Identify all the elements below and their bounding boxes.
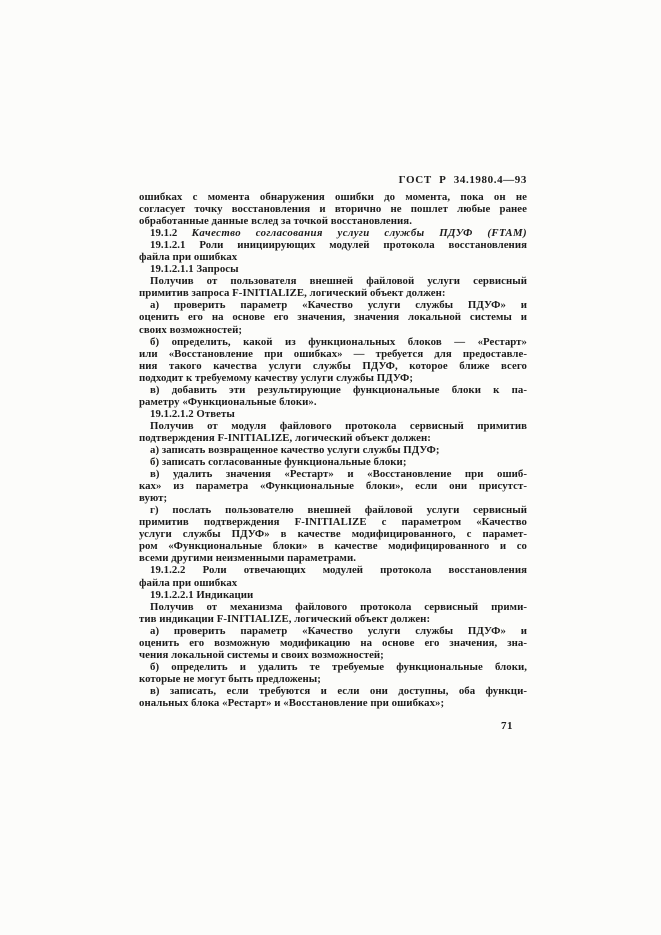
- heading-19-1-2-2: 19.1.2.2 Роли отвечающих модулей протоко…: [139, 564, 527, 588]
- text-line: примитив запроса F-INITIALIZE, логически…: [139, 287, 527, 299]
- text-line: своих возможностей;: [139, 324, 527, 336]
- text-line: которые не могут быть предложены;: [139, 673, 527, 685]
- text-line: всеми другими неизменными параметрами.: [139, 552, 527, 564]
- text-line: а) записать возвращенное качество услуги…: [139, 444, 527, 456]
- text-line: оценить его на основе его значения, знач…: [139, 311, 527, 323]
- text-line: б) определить и удалить те требуемые фун…: [139, 661, 527, 673]
- text-line: Получив от механизма файлового протокола…: [139, 601, 527, 613]
- para-request-item-b: б) определить, какой из функциональных б…: [139, 336, 527, 384]
- text-line: файла при ошибках: [139, 251, 527, 263]
- text-line: подходит к требуемому качеству услуги сл…: [139, 372, 527, 384]
- text-line: оценить его возможную модификацию на осн…: [139, 637, 527, 649]
- heading-19-1-2-2-1: 19.1.2.2.1 Индикации: [139, 589, 527, 601]
- text-line: Получив от модуля файлового протокола се…: [139, 420, 527, 432]
- para-indication-intro: Получив от механизма файлового протокола…: [139, 601, 527, 625]
- text-line: файла при ошибках: [139, 577, 527, 589]
- text-line: или «Восстановление при ошибках» — требу…: [139, 348, 527, 360]
- page-number: 71: [501, 720, 513, 732]
- text-line: обработанные данные вслед за точкой восс…: [139, 215, 527, 227]
- text-line: ках» из параметра «Функциональные блоки»…: [139, 480, 527, 492]
- text-line: согласует точку восстановления и вторичн…: [139, 203, 527, 215]
- text-line: Получив от пользователя внешней файловой…: [139, 275, 527, 287]
- text-line: в) записать, если требуются и если они д…: [139, 685, 527, 697]
- section-title-italic: Качество согласования услуги службы ПДУФ…: [192, 227, 527, 239]
- text-line: 19.1.2.1 Роли инициирующих модулей прото…: [139, 239, 527, 251]
- text-line: г) послать пользователю внешней файловой…: [139, 504, 527, 516]
- running-header-standard-designation: ГОСТ Р 34.1980.4—93: [399, 174, 527, 186]
- para-response-item-b: б) записать согласованные функциональные…: [139, 456, 527, 468]
- para-response-item-a: а) записать возвращенное качество услуги…: [139, 444, 527, 456]
- text-line: ональных блока «Рестарт» и «Восстановлен…: [139, 697, 527, 709]
- text-line: чения локальной системы и своих возможно…: [139, 649, 527, 661]
- para-continuation: ошибках с момента обнаружения ошибки до …: [139, 191, 527, 227]
- text-line: вуют;: [139, 492, 527, 504]
- para-response-item-v: в) удалить значения «Рестарт» и «Восстан…: [139, 468, 527, 504]
- section-number: 19.1.2: [150, 227, 177, 239]
- text-line: ром «Функциональные блоки» в качестве мо…: [139, 540, 527, 552]
- para-response-intro: Получив от модуля файлового протокола се…: [139, 420, 527, 444]
- text-line: 19.1.2.2.1 Индикации: [139, 589, 527, 601]
- para-response-item-g: г) послать пользователю внешней файловой…: [139, 504, 527, 564]
- text-line: 19.1.2.1.2 Ответы: [139, 408, 527, 420]
- para-request-intro: Получив от пользователя внешней файловой…: [139, 275, 527, 299]
- text-line: ошибках с момента обнаружения ошибки до …: [139, 191, 527, 203]
- heading-19-1-2-1-2: 19.1.2.1.2 Ответы: [139, 408, 527, 420]
- para-request-item-a: а) проверить параметр «Качество услуги с…: [139, 299, 527, 335]
- text-line: 19.1.2.2 Роли отвечающих модулей протоко…: [139, 564, 527, 576]
- para-request-item-v: в) добавить эти результирующие функциона…: [139, 384, 527, 408]
- text-line: в) удалить значения «Рестарт» и «Восстан…: [139, 468, 527, 480]
- para-indication-item-b: б) определить и удалить те требуемые фун…: [139, 661, 527, 685]
- text-line: подтверждения F-INITIALIZE, логический о…: [139, 432, 527, 444]
- text-line: б) записать согласованные функциональные…: [139, 456, 527, 468]
- scanned-document-page: ГОСТ Р 34.1980.4—93 ошибках с момента об…: [0, 0, 661, 935]
- para-indication-item-v: в) записать, если требуются и если они д…: [139, 685, 527, 709]
- body-text: ошибках с момента обнаружения ошибки до …: [139, 191, 527, 709]
- text-line: ния такого качества услуги службы ПДУФ, …: [139, 360, 527, 372]
- text-line: 19.1.2.1.1 Запросы: [139, 263, 527, 275]
- text-line: в) добавить эти результирующие функциона…: [139, 384, 527, 396]
- text-line: б) определить, какой из функциональных б…: [139, 336, 527, 348]
- section-heading-line: 19.1.2 Качество согласования услуги служ…: [139, 227, 527, 239]
- heading-19-1-2-1: 19.1.2.1 Роли инициирующих модулей прото…: [139, 239, 527, 263]
- text-line: тив индикации F-INITIALIZE, логический о…: [139, 613, 527, 625]
- text-line: примитив подтверждения F-INITIALIZE с па…: [139, 516, 527, 528]
- heading-19-1-2-1-1: 19.1.2.1.1 Запросы: [139, 263, 527, 275]
- heading-19-1-2: 19.1.2 Качество согласования услуги служ…: [139, 227, 527, 239]
- para-indication-item-a: а) проверить параметр «Качество услуги с…: [139, 625, 527, 661]
- text-line: а) проверить параметр «Качество услуги с…: [139, 299, 527, 311]
- text-line: раметру «Функциональные блоки».: [139, 396, 527, 408]
- text-line: а) проверить параметр «Качество услуги с…: [139, 625, 527, 637]
- text-line: услуги службы ПДУФ» в качестве модифицир…: [139, 528, 527, 540]
